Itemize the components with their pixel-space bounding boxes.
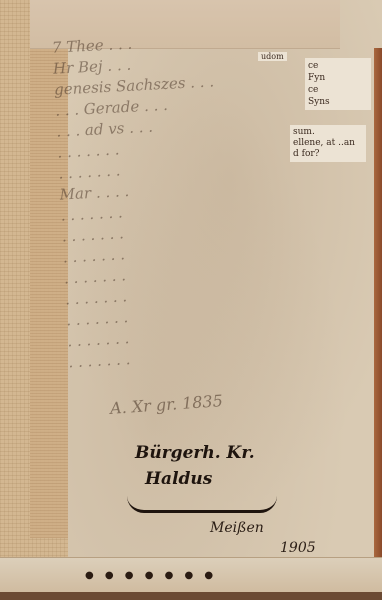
printed-text: Fyn [308, 72, 368, 84]
signature-line-2: Haldus [145, 466, 285, 492]
signature-place-date: Meißen 1905 [210, 518, 316, 558]
printed-text: sum. [293, 127, 363, 138]
signature-flourish [127, 496, 277, 513]
printed-fragment-right: ce Fyn ce Syns [305, 58, 371, 110]
printed-text: d for? [293, 149, 363, 160]
handwritten-date: A. Xr gr. 1835 [109, 391, 223, 418]
signature-year: 1905 [280, 538, 316, 558]
right-page-edge [374, 48, 382, 600]
bottom-page-edge [0, 592, 382, 600]
printed-text: ce [308, 84, 368, 96]
printed-text: Syns [308, 96, 368, 108]
printed-text: ellene, at ..an [293, 138, 363, 149]
manuscript-page: 7 Thee . . . Hr Bej . . . genesis Sachsz… [0, 0, 382, 600]
printed-text: ce [308, 60, 368, 72]
printed-fragment-top: udom [258, 52, 287, 61]
signature-block: Bürgerh. Kr. Haldus [135, 440, 285, 492]
printed-fragment-lower: sum. ellene, at ..an d for? [290, 125, 366, 162]
ink-stain-dots: ● ● ● ● ● ● ● [85, 570, 217, 581]
signature-line-1: Bürgerh. Kr. [135, 440, 285, 466]
signature-place: Meißen [210, 520, 264, 536]
